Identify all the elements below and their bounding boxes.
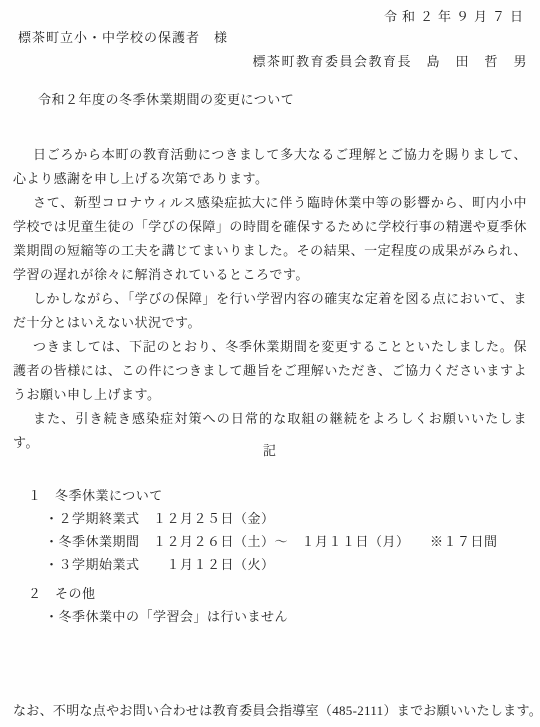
section-winter-break: １ 冬季休業について ・２学期終業式 １２月２５日（金） ・冬季休業期間 １２月… (28, 484, 527, 576)
list-item-term2-closing: ・２学期終業式 １２月２５日（金） (45, 507, 527, 530)
date-line: 令和２年９月７日 (384, 6, 528, 25)
paragraph-background: さて、新型コロナウィルス感染症拡大に伴う臨時休業中等の影響から、町内小中学校では… (13, 191, 527, 287)
paragraph-request: つきましては、下記のとおり、冬季休業期間を変更することといたしました。保護者の皆… (13, 335, 527, 407)
section-other: ２ その他 ・冬季休業中の「学習会」は行いません (28, 582, 527, 628)
addressee-line: 標茶町立小・中学校の保護者 様 (18, 27, 228, 46)
section-1-heading: １ 冬季休業について (28, 484, 527, 507)
record-marker: 記 (0, 440, 540, 459)
document-page: 令和２年９月７日 標茶町立小・中学校の保護者 様 標茶町教育委員会教育長 島 田… (0, 0, 540, 727)
list-item-no-study-session: ・冬季休業中の「学習会」は行いません (45, 605, 527, 628)
footer-note: なお、不明な点やお問い合わせは教育委員会指導室（485-2111）までお願いいた… (13, 700, 527, 719)
body-paragraphs: 日ごろから本町の教育活動につきまして多大なるご理解とご協力を賜りまして、心より感… (13, 143, 527, 455)
section-2-heading: ２ その他 (28, 582, 527, 605)
list-item-term3-opening: ・３学期始業式 １月１２日（火） (45, 553, 527, 576)
list-item-break-period: ・冬季休業期間 １２月２６日（土）～ １月１１日（月） ※１７日間 (45, 530, 527, 553)
sender-line: 標茶町教育委員会教育長 島 田 哲 男 (252, 51, 528, 70)
paragraph-situation: しかしながら、「学びの保障」を行い学習内容の確実な定着を図る点において、まだ十分… (13, 287, 527, 335)
paragraph-greeting: 日ごろから本町の教育活動につきまして多大なるご理解とご協力を賜りまして、心より感… (13, 143, 527, 191)
document-title: 令和２年度の冬季休業期間の変更について (38, 89, 294, 108)
